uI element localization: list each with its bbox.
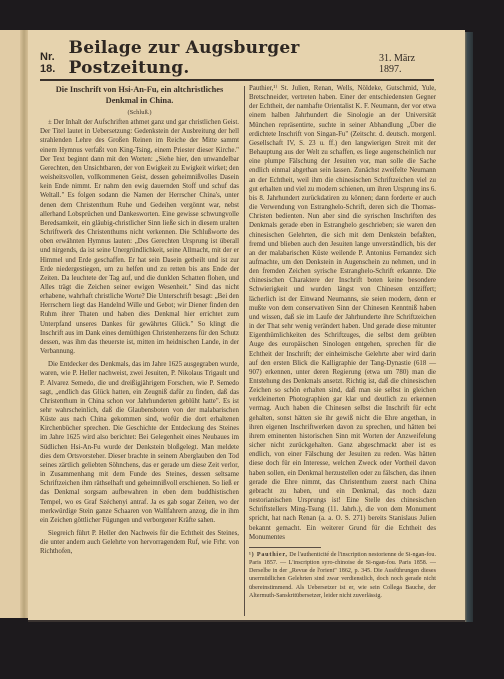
paragraph: Die Entdecker des Denkmals, das im Jahre…	[40, 360, 239, 525]
left-column: Die Inschrift von Hsi-An-Fu, ein altchri…	[40, 84, 239, 557]
header-rule	[40, 79, 434, 81]
column-divider	[244, 86, 245, 616]
issue-number: Nr. 18.	[40, 51, 69, 78]
paragraph: ± Der Inhalt der Aufschriften athmet gan…	[40, 118, 239, 356]
masthead-title: Beilage zur Augsburger Postzeitung.	[69, 38, 379, 78]
article-title: Die Inschrift von Hsi-An-Fu, ein altchri…	[40, 84, 239, 106]
footnote-author: ¹) Pauthier,	[249, 552, 288, 558]
book-gutter	[20, 30, 28, 618]
page-header: Nr. 18. Beilage zur Augsburger Postzeitu…	[40, 52, 432, 78]
issue-date: 31. März 1897.	[379, 53, 432, 78]
right-column: Pauthier,¹⁾ St. Julien, Renan, Wells, Nö…	[249, 84, 436, 600]
footnote-text: De l'authenticité de l'inscription nesto…	[249, 552, 436, 599]
paragraph: Siegreich führt P. Heller den Nachweis f…	[40, 529, 239, 556]
article-subtitle: (Schluß.)	[40, 108, 239, 117]
footnote: ¹) Pauthier, De l'authenticité de l'insc…	[249, 551, 436, 600]
paragraph: Pauthier,¹⁾ St. Julien, Renan, Wells, Nö…	[249, 84, 436, 542]
footnote-rule	[249, 547, 321, 548]
